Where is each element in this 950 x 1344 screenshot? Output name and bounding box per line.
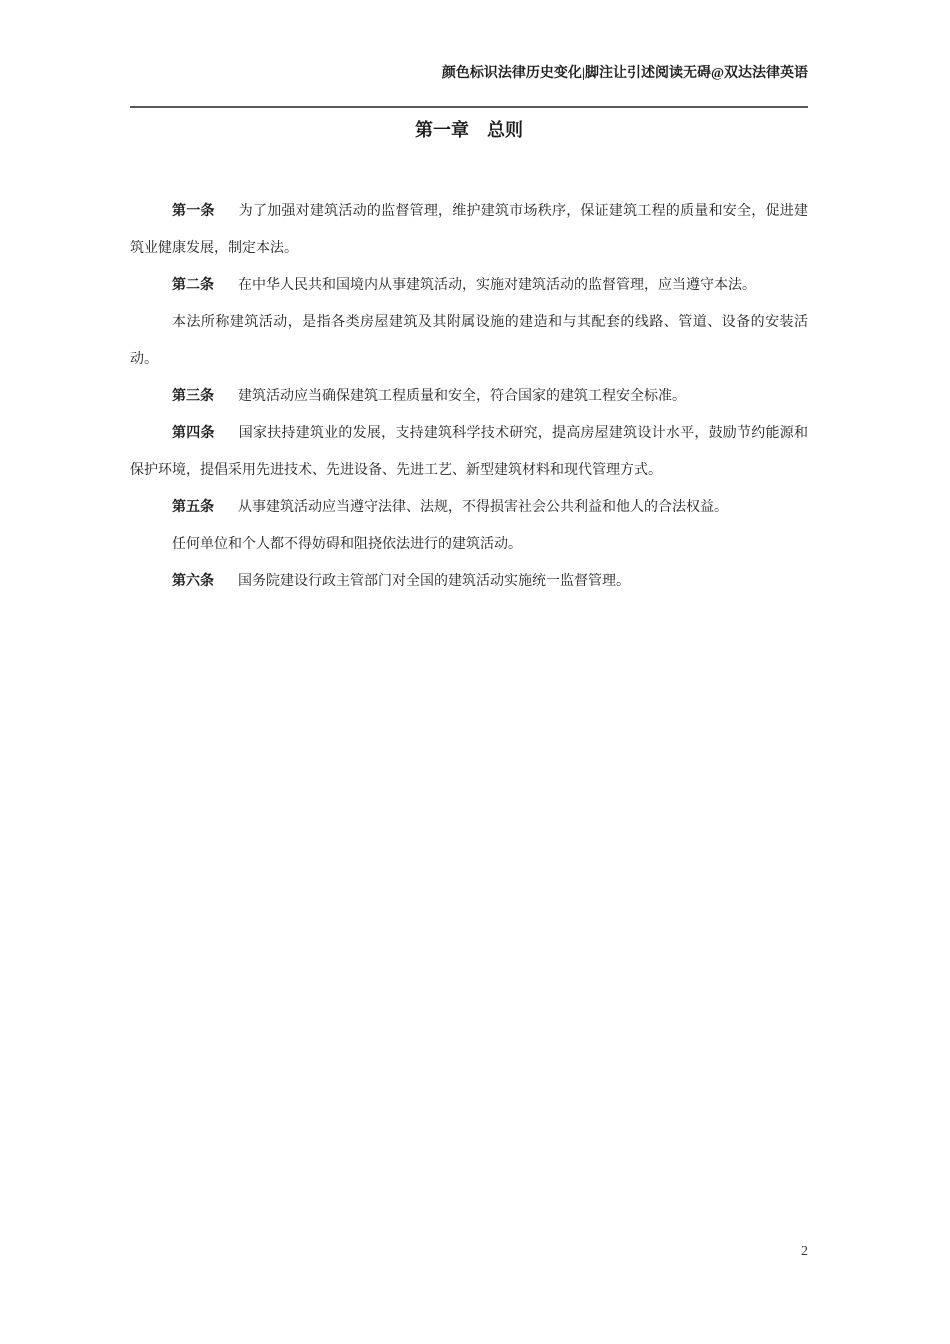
page-number: 2 — [130, 1242, 808, 1262]
article-number-label: 第一条 — [172, 204, 215, 219]
article-text: 国家扶持建筑业的发展，支持建筑科学技术研究，提高房屋建筑设计水平，鼓励节约能源和… — [130, 426, 808, 478]
articles-body: 第一条为了加强对建筑活动的监督管理，维护建筑市场秩序，保证建筑工程的质量和安全，… — [130, 193, 808, 600]
article-paragraph: 第五条从事建筑活动应当遵守法律、法规，不得损害社会公共利益和他人的合法权益。 — [130, 489, 808, 526]
article-text: 国务院建设行政主管部门对全国的建筑活动实施统一监督管理。 — [238, 574, 630, 589]
article-paragraph: 第一条为了加强对建筑活动的监督管理，维护建筑市场秩序，保证建筑工程的质量和安全，… — [130, 193, 808, 267]
article-text: 在中华人民共和国境内从事建筑活动，实施对建筑活动的监督管理，应当遵守本法。 — [238, 278, 756, 293]
chapter-heading: 第一章 总则 — [130, 117, 808, 143]
article-text: 本法所称建筑活动，是指各类房屋建筑及其附属设施的建造和与其配套的线路、管道、设备… — [130, 315, 808, 367]
article-text: 从事建筑活动应当遵守法律、法规，不得损害社会公共利益和他人的合法权益。 — [238, 500, 728, 515]
article-number-label: 第六条 — [172, 574, 214, 589]
article-text: 任何单位和个人都不得妨碍和阻挠依法进行的建筑活动。 — [172, 537, 522, 552]
article-number-label: 第三条 — [172, 389, 214, 404]
article-number-label: 第四条 — [172, 426, 215, 441]
header-divider-line — [130, 106, 808, 108]
article-continuation-paragraph: 本法所称建筑活动，是指各类房屋建筑及其附属设施的建造和与其配套的线路、管道、设备… — [130, 304, 808, 378]
page-header-watermark: 颜色标识法律历史变化|脚注让引述阅读无碍@双达法律英语 — [130, 64, 808, 84]
article-continuation-paragraph: 任何单位和个人都不得妨碍和阻挠依法进行的建筑活动。 — [130, 526, 808, 563]
article-paragraph: 第四条国家扶持建筑业的发展，支持建筑科学技术研究，提高房屋建筑设计水平，鼓励节约… — [130, 415, 808, 489]
article-paragraph: 第六条国务院建设行政主管部门对全国的建筑活动实施统一监督管理。 — [130, 563, 808, 600]
article-number-label: 第二条 — [172, 278, 214, 293]
article-paragraph: 第三条建筑活动应当确保建筑工程质量和安全，符合国家的建筑工程安全标准。 — [130, 378, 808, 415]
article-number-label: 第五条 — [172, 500, 214, 515]
article-text: 建筑活动应当确保建筑工程质量和安全，符合国家的建筑工程安全标准。 — [238, 389, 686, 404]
article-text: 为了加强对建筑活动的监督管理，维护建筑市场秩序，保证建筑工程的质量和安全，促进建… — [130, 204, 808, 256]
document-page: 颜色标识法律历史变化|脚注让引述阅读无碍@双达法律英语 第一章 总则 第一条为了… — [0, 0, 950, 1344]
article-paragraph: 第二条在中华人民共和国境内从事建筑活动，实施对建筑活动的监督管理，应当遵守本法。 — [130, 267, 808, 304]
